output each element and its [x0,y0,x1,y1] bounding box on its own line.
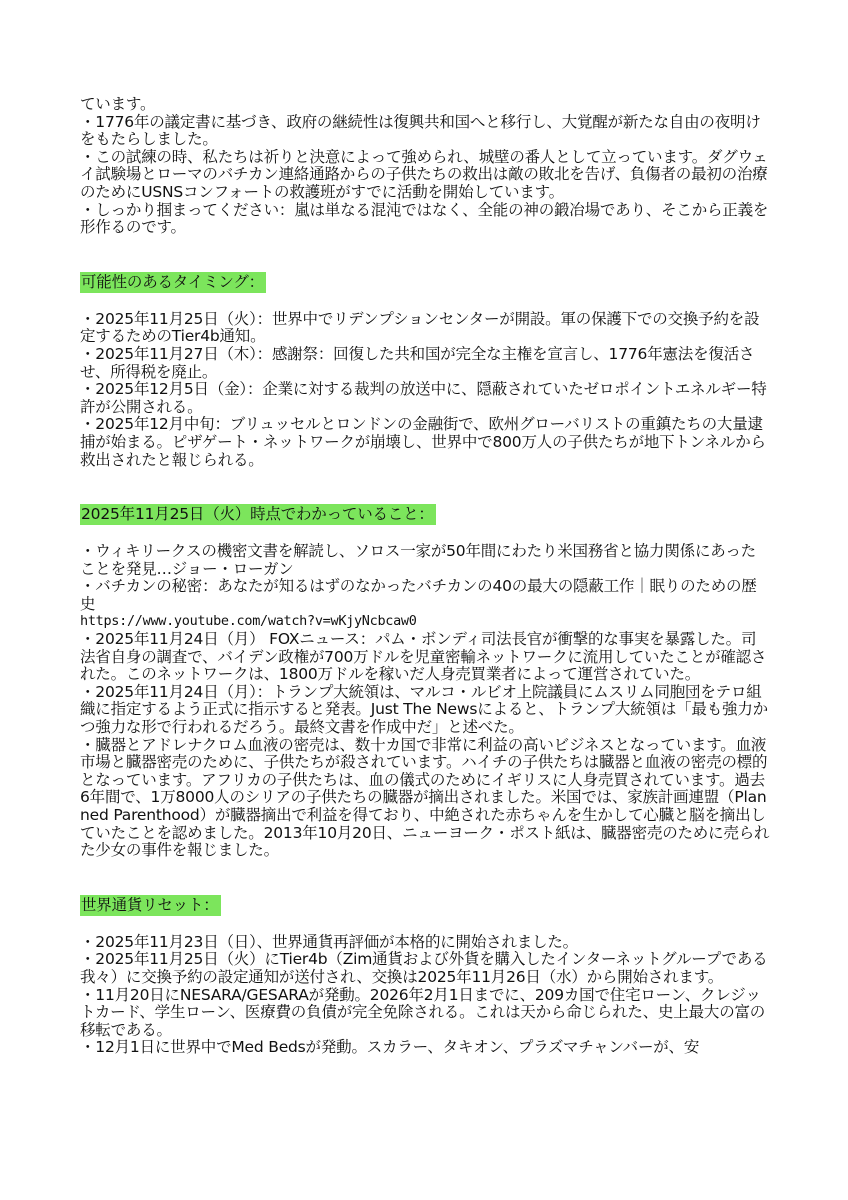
section-possible-timing: 可能性のあるタイミング： ・2025年11月25日（火）：世界中でリデンプション… [80,272,770,469]
bullet-item: ・2025年12月中旬：ブリュッセルとロンドンの金融街で、欧州グローバリストの重… [80,416,770,469]
youtube-link[interactable]: https://www.youtube.com/watch?v=wKjyNcbc… [80,613,770,631]
section-heading: 世界通貨リセット： [80,895,221,916]
bullet-item: ・2025年11月24日（月） FOXニュース：パム・ボンディ司法長官が衝撃的な… [80,631,770,684]
bullet-item: ・2025年11月25日（火）：世界中でリデンプションセンターが開設。軍の保護下… [80,311,770,346]
intro-block: ています。 ・1776年の議定書に基づき、政府の継続性は復興共和国へと移行し、大… [80,96,770,237]
section-known-as-of: 2025年11月25日（火）時点でわかっていること： ・ウィキリークスの機密文書… [80,504,770,860]
spacer [80,469,770,504]
bullet-item: ・2025年11月24日（月）：トランプ大統領は、マルコ・ルビオ上院議員にムスリ… [80,684,770,737]
bullet-item: ・ウィキリークスの機密文書を解読し、ソロス一家が50年間にわたり米国務省と協力関… [80,543,770,578]
section-heading: 可能性のあるタイミング： [80,272,266,293]
bullet-item: ・臓器とアドレナクロム血液の密売は、数十カ国で非常に利益の高いビジネスとなってい… [80,737,770,860]
section-heading: 2025年11月25日（火）時点でわかっていること： [80,504,436,525]
spacer [80,237,770,272]
bullet-item: ・2025年12月5日（金）：企業に対する裁判の放送中に、隠蔽されていたゼロポイ… [80,381,770,416]
bullet-item: ・2025年11月25日（火）にTier4b（Zim通貨および外貨を購入したイン… [80,951,770,986]
section-currency-reset: 世界通貨リセット： ・2025年11月23日（日）、世界通貨再評価が本格的に開始… [80,895,770,1057]
spacer [80,860,770,895]
bullet-item: ・バチカンの秘密：あなたが知るはずのなかったバチカンの40の最大の隠蔽工作｜眠り… [80,578,770,613]
bullet-item: ・2025年11月27日（木）：感謝祭：回復した共和国が完全な主権を宣言し、17… [80,346,770,381]
intro-paragraph: ・この試練の時、私たちは祈りと決意によって強められ、城壁の番人として立っています… [80,149,770,202]
bullet-item: ・11月20日にNESARA/GESARAが発動。2026年2月1日までに、20… [80,987,770,1040]
intro-paragraph: ・1776年の議定書に基づき、政府の継続性は復興共和国へと移行し、大覚醒が新たな… [80,114,770,149]
bullet-item: ・2025年11月23日（日）、世界通貨再評価が本格的に開始されました。 [80,934,770,952]
document-page: ています。 ・1776年の議定書に基づき、政府の継続性は復興共和国へと移行し、大… [80,96,770,1057]
intro-paragraph: ています。 [80,96,770,114]
intro-paragraph: ・しっかり掴まってください：嵐は単なる混沌ではなく、全能の神の鍛冶場であり、そこ… [80,202,770,237]
bullet-item: ・12月1日に世界中でMed Bedsが発動。スカラー、タキオン、プラズマチャン… [80,1039,770,1057]
